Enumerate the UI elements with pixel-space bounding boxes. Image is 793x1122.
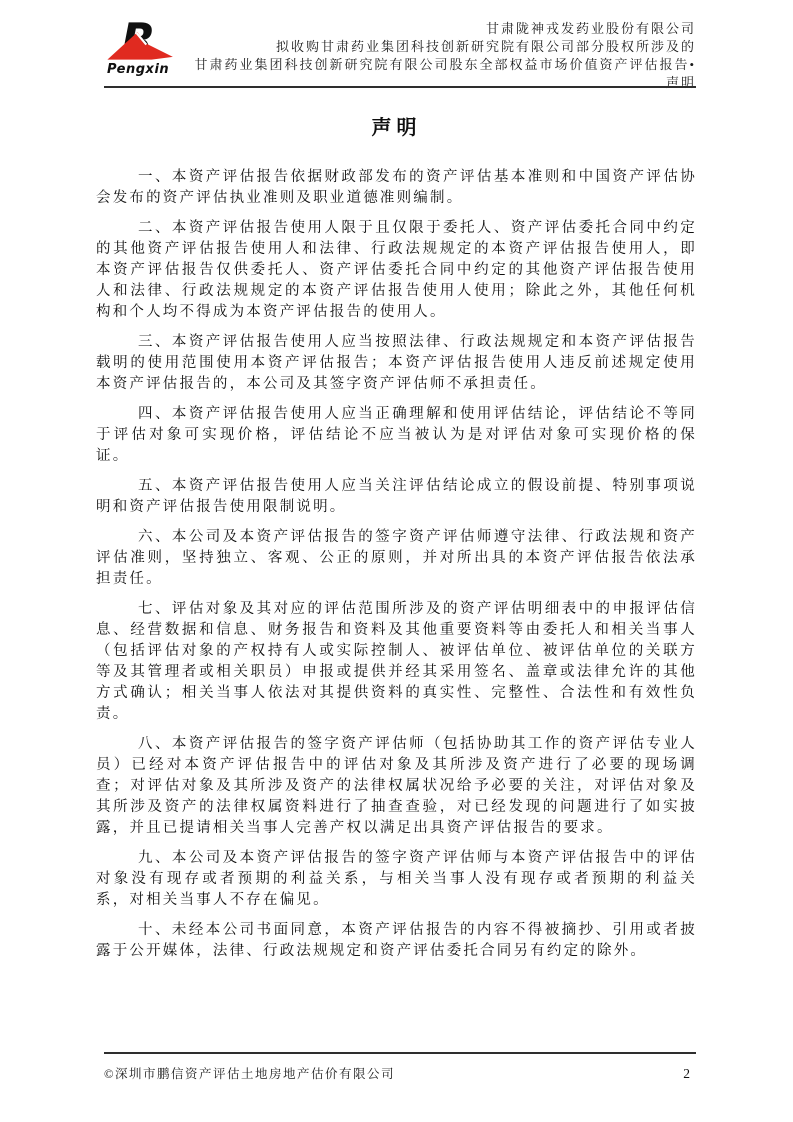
statement-paragraph: 三、本资产评估报告使用人应当按照法律、行政法规规定和本资产评估报告载明的使用范围… [96,332,697,395]
statement-section: 声明 一、本资产评估报告依据财政部发布的资产评估基本准则和中国资产评估协会发布的… [96,111,697,971]
footer-copyright: ©深圳市鹏信资产评估土地房地产估价有限公司 [104,1064,395,1082]
footer-divider [104,1052,696,1054]
page-footer: ©深圳市鹏信资产评估土地房地产估价有限公司 2 [104,1064,696,1082]
document-page: R Pengxin 甘肃陇神戎发药业股份有限公司 拟收购甘肃药业集团科技创新研究… [0,0,793,1122]
pengxin-logo-icon: R [105,18,177,64]
statement-paragraph: 四、本资产评估报告使用人应当正确理解和使用评估结论，评估结论不等同于评估对象可实… [96,404,697,467]
header-divider [104,86,696,88]
statement-paragraph: 十、未经本公司书面同意，本资产评估报告的内容不得被摘抄、引用或者披露于公开媒体，… [96,920,697,962]
page-header: R Pengxin 甘肃陇神戎发药业股份有限公司 拟收购甘肃药业集团科技创新研究… [105,18,696,92]
statement-paragraph: 九、本公司及本资产评估报告的签字资产评估师与本资产评估报告中的评估对象没有现存或… [96,848,697,911]
header-line-2: 拟收购甘肃药业集团科技创新研究院有限公司部分股权所涉及的 [191,38,696,56]
pengxin-logo: R Pengxin [105,18,191,77]
statement-paragraph: 一、本资产评估报告依据财政部发布的资产评估基本准则和中国资产评估协会发布的资产评… [96,167,697,209]
statement-paragraphs: 一、本资产评估报告依据财政部发布的资产评估基本准则和中国资产评估协会发布的资产评… [96,167,697,962]
statement-paragraph: 二、本资产评估报告使用人限于且仅限于委托人、资产评估委托合同中约定的其他资产评估… [96,218,697,323]
header-report-title: 甘肃陇神戎发药业股份有限公司 拟收购甘肃药业集团科技创新研究院有限公司部分股权所… [191,18,696,92]
statement-paragraph: 六、本公司及本资产评估报告的签字资产评估师遵守法律、行政法规和资产评估准则，坚持… [96,527,697,590]
statement-paragraph: 七、评估对象及其对应的评估范围所涉及的资产评估明细表中的申报评估信息、经营数据和… [96,599,697,725]
statement-paragraph: 五、本资产评估报告使用人应当关注评估结论成立的假设前提、特别事项说明和资产评估报… [96,476,697,518]
header-line-1: 甘肃陇神戎发药业股份有限公司 [191,20,696,38]
page-number: 2 [683,1066,696,1082]
logo-wordmark: Pengxin [107,62,191,77]
page-title: 声明 [96,111,697,140]
statement-paragraph: 八、本资产评估报告的签字资产评估师（包括协助其工作的资产评估专业人员）已经对本资… [96,734,697,839]
